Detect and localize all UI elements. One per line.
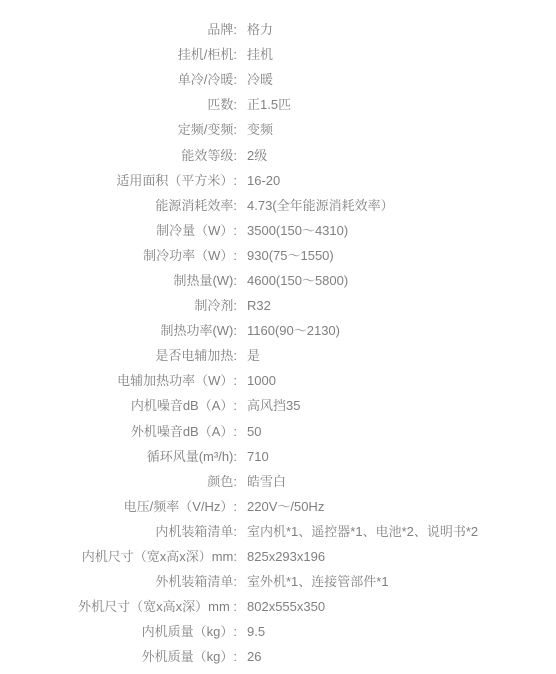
spec-value: 冷暖: [237, 73, 273, 86]
spec-value: 50: [237, 425, 261, 438]
spec-value: 是: [237, 349, 260, 362]
spec-label: 电压/频率（V/Hz）:: [0, 500, 237, 513]
spec-row: 制冷量（W）: 3500(150～4310): [0, 218, 556, 243]
spec-row: 挂机/柜机: 挂机: [0, 42, 556, 67]
spec-label: 外机装箱清单:: [0, 575, 237, 588]
spec-label: 内机噪音dB（A）:: [0, 399, 237, 412]
spec-value: 正1.5匹: [237, 98, 291, 111]
spec-row: 匹数: 正1.5匹: [0, 92, 556, 117]
spec-label: 颜色:: [0, 475, 237, 488]
spec-row: 外机质量（kg）: 26: [0, 644, 556, 669]
spec-value: 4600(150～5800): [237, 274, 348, 287]
spec-label: 适用面积（平方米）:: [0, 174, 237, 187]
spec-row: 定频/变频: 变频: [0, 117, 556, 142]
spec-label: 制热量(W):: [0, 274, 237, 287]
spec-row: 外机装箱清单: 室外机*1、连接管部件*1: [0, 569, 556, 594]
spec-value: 格力: [237, 23, 273, 36]
spec-value: 220V～/50Hz: [237, 500, 324, 513]
spec-row: 电辅加热功率（W）: 1000: [0, 368, 556, 393]
spec-row: 外机尺寸（宽x高x深）mm : 802x555x350: [0, 594, 556, 619]
spec-label: 内机尺寸（宽x高x深）mm:: [0, 550, 237, 563]
spec-label: 能效等级:: [0, 149, 237, 162]
spec-value: 室外机*1、连接管部件*1: [237, 575, 389, 588]
spec-row: 内机质量（kg）: 9.5: [0, 619, 556, 644]
spec-value: 930(75～1550): [237, 249, 334, 262]
spec-value: 2级: [237, 149, 267, 162]
spec-label: 挂机/柜机:: [0, 48, 237, 61]
spec-label: 制冷剂:: [0, 299, 237, 312]
spec-value: 9.5: [237, 625, 265, 638]
spec-label: 品牌:: [0, 23, 237, 36]
spec-row: 制冷功率（W）: 930(75～1550): [0, 243, 556, 268]
spec-row: 循环风量(m³/h): 710: [0, 444, 556, 469]
spec-value: 皓雪白: [237, 475, 286, 488]
spec-row: 内机尺寸（宽x高x深）mm: 825x293x196: [0, 544, 556, 569]
spec-label: 内机质量（kg）:: [0, 625, 237, 638]
spec-value: 高风挡35: [237, 399, 300, 412]
spec-label: 外机质量（kg）:: [0, 650, 237, 663]
spec-row: 内机噪音dB（A）: 高风挡35: [0, 393, 556, 418]
spec-label: 外机尺寸（宽x高x深）mm :: [0, 600, 237, 613]
spec-label: 单冷/冷暖:: [0, 73, 237, 86]
spec-label: 外机噪音dB（A）:: [0, 425, 237, 438]
spec-row: 品牌: 格力: [0, 17, 556, 42]
spec-value: 变频: [237, 123, 273, 136]
spec-value: 4.73(全年能源消耗效率）: [237, 199, 394, 212]
spec-row: 制热量(W): 4600(150～5800): [0, 268, 556, 293]
spec-row: 适用面积（平方米）: 16-20: [0, 168, 556, 193]
spec-value: 1000: [237, 374, 276, 387]
spec-row: 外机噪音dB（A）: 50: [0, 419, 556, 444]
spec-row: 内机装箱清单: 室内机*1、遥控器*1、电池*2、说明书*2: [0, 519, 556, 544]
spec-row: 单冷/冷暖: 冷暖: [0, 67, 556, 92]
spec-label: 制热功率(W):: [0, 324, 237, 337]
spec-value: 710: [237, 450, 269, 463]
spec-value: 802x555x350: [237, 600, 325, 613]
spec-row: 能效等级: 2级: [0, 142, 556, 167]
spec-row: 是否电辅加热: 是: [0, 343, 556, 368]
spec-label: 是否电辅加热:: [0, 349, 237, 362]
spec-label: 内机装箱清单:: [0, 525, 237, 538]
product-spec-table: 品牌: 格力 挂机/柜机: 挂机 单冷/冷暖: 冷暖 匹数: 正1.5匹 定频/…: [0, 0, 556, 669]
spec-value: 1160(90～2130): [237, 324, 340, 337]
spec-row: 制冷剂: R32: [0, 293, 556, 318]
spec-row: 电压/频率（V/Hz）: 220V～/50Hz: [0, 494, 556, 519]
spec-row: 能源消耗效率: 4.73(全年能源消耗效率）: [0, 193, 556, 218]
spec-label: 制冷功率（W）:: [0, 249, 237, 262]
spec-value: 挂机: [237, 48, 273, 61]
spec-value: 3500(150～4310): [237, 224, 348, 237]
spec-label: 匹数:: [0, 98, 237, 111]
spec-value: 26: [237, 650, 261, 663]
spec-label: 循环风量(m³/h):: [0, 450, 237, 463]
spec-label: 电辅加热功率（W）:: [0, 374, 237, 387]
spec-row: 颜色: 皓雪白: [0, 469, 556, 494]
spec-value: R32: [237, 299, 271, 312]
spec-row: 制热功率(W): 1160(90～2130): [0, 318, 556, 343]
spec-label: 制冷量（W）:: [0, 224, 237, 237]
spec-value: 825x293x196: [237, 550, 325, 563]
spec-value: 室内机*1、遥控器*1、电池*2、说明书*2: [237, 525, 478, 538]
spec-value: 16-20: [237, 174, 280, 187]
spec-label: 定频/变频:: [0, 123, 237, 136]
spec-label: 能源消耗效率:: [0, 199, 237, 212]
